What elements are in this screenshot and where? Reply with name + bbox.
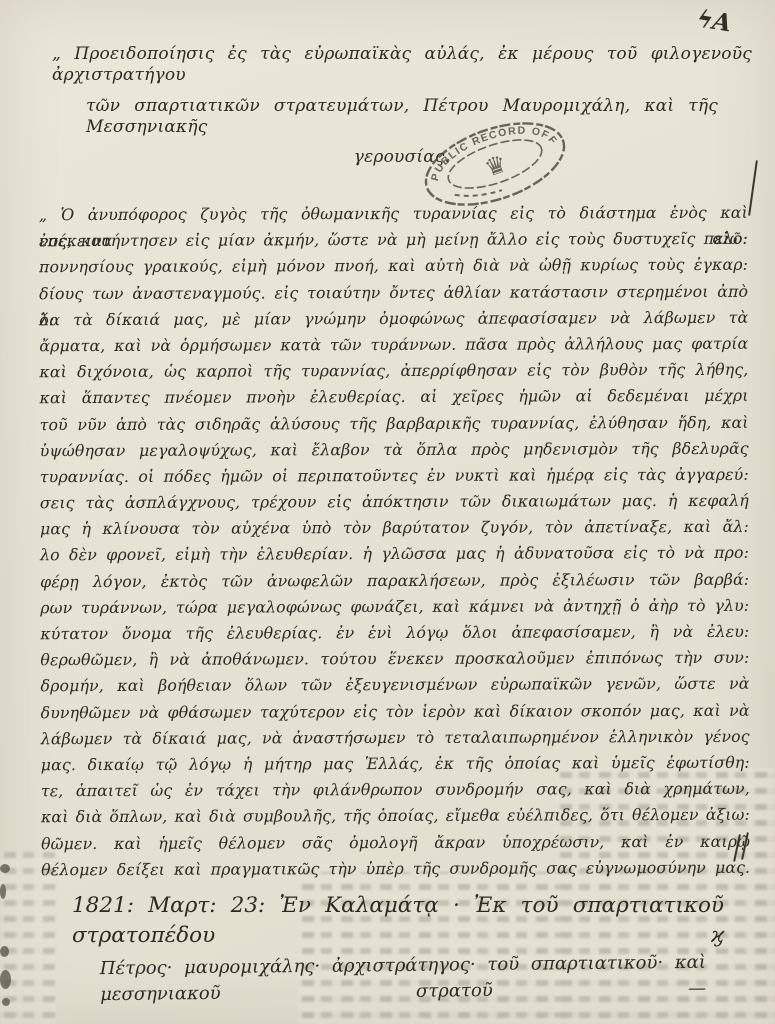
manuscript-line: λα τὰ δίκαιά μας, μὲ μίαν γνώμην ὁμοφώνω… (39, 305, 748, 334)
manuscript-line: λο δὲν φρονεῖ, εἰμὴ τὴν ἐλευθερίαν. ἡ γλ… (40, 540, 749, 569)
manuscript-line: σεις τὰς ἀσπλάγχνους, τρέχουν εἰς ἀπόκτη… (40, 488, 749, 517)
manuscript-line: τοῦ νῦν ἀπὸ τὰς σιδηρᾶς ἁλύσους τῆς βαρβ… (40, 409, 749, 438)
manuscript-line: δυνηθῶμεν νὰ φθάσωμεν ταχύτερον εἰς τὸν … (41, 697, 750, 726)
manuscript-line: τυραννίας. οἱ πόδες ἡμῶν οἱ περιπατοῦντε… (40, 462, 749, 491)
manuscript-line: θέλομεν δείξει καὶ πραγματικῶς τὴν ὑπὲρ … (41, 854, 750, 883)
manuscript-line: τε, ἀπαιτεῖ ὡς ἐν τάχει τὴν φιλάνθρωπον … (41, 776, 750, 805)
public-record-office-stamp: PUBLIC RECORD OFFICE ♛ (405, 114, 585, 214)
manuscript-line: μας. δικαίῳ τῷ λόγῳ ἡ μήτηρ μας Ἑλλάς, ἐ… (41, 750, 750, 779)
heading-line-2: τῶν σπαρτιατικῶν στρατευμάτων, Πέτρου Μα… (52, 96, 752, 138)
manuscript-line: κύτατον ὄνομα τῆς ἐλευθερίας. ἐν ἑνὶ λόγ… (40, 619, 749, 648)
ink-smudge (2, 998, 10, 1006)
ink-smudge (0, 946, 9, 957)
manuscript-line: δίους των ἀναστεναγμούς. εἰς τοιαύτην ὄν… (39, 278, 748, 307)
manuscript-line: καὶ διὰ ὅπλων, καὶ διὰ συμβουλῆς, τῆς ὁπ… (41, 802, 750, 831)
folio-mark: ϟΑ (694, 3, 733, 37)
manuscript-line: νος, κατήντησεν εἰς μίαν ἀκμήν, ὥστε νὰ … (39, 226, 748, 255)
manuscript-line: φέρῃ λόγον, ἐκτὸς τῶν ἀνωφελῶν παρακλήσε… (40, 566, 749, 595)
heading-line-1: „ Προειδοποίησις ἐς τὰς εὐρωπαϊκὰς αὐλάς… (52, 44, 752, 86)
manuscript-line: „ Ὁ ἀνυπόφορος ζυγὸς τῆς ὀθωμανικῆς τυρα… (39, 200, 748, 229)
ink-smudge (0, 970, 11, 989)
document-heading: „ Προειδοποίησις ἐς τὰς εὐρωπαϊκὰς αὐλάς… (52, 44, 752, 168)
manuscript-line: καὶ διχόνοια, ὡς καρποὶ τῆς τυραννίας, ἀ… (39, 357, 748, 386)
heading-line-3: γερουσίας. (52, 147, 752, 168)
manuscript-line: λάβωμεν τὰ δίκαιά μας, νὰ ἀναστήσωμεν τὸ… (41, 724, 750, 753)
signature-line: Πέτρος· μαυρομιχάλης· ἀρχιστράτηγος· τοῦ… (100, 950, 707, 1008)
ink-smudge (0, 884, 6, 899)
manuscript-line: ρων τυράννων, τώρα μεγαλοφώνως φωνάζει, … (40, 593, 749, 622)
manuscript-line: ἄρματα, καὶ νὰ ὁρμήσωμεν κατὰ τῶν τυράνν… (39, 331, 748, 360)
manuscript-line: θερωθῶμεν, ἢ νὰ ἀποθάνωμεν. τούτου ἕνεκε… (40, 645, 749, 674)
ink-smudge (0, 864, 10, 873)
manuscript-line: ποννησίους γραικούς, εἰμὴ μόνον πνοή, κα… (39, 252, 748, 281)
manuscript-line: ὑψώθησαν μεγαλοψύχως, καὶ ἔλαβον τὰ ὅπλα… (40, 435, 749, 464)
manuscript-body: „ Ὁ ἀνυπόφορος ζυγὸς τῆς ὀθωμανικῆς τυρα… (39, 200, 750, 883)
crown-icon: ♛ (481, 149, 510, 182)
manuscript-line: δρομήν, καὶ βοήθειαν ὅλων τῶν ἐξευγενισμ… (40, 671, 749, 700)
manuscript-line: καὶ ἅπαντες πνέομεν πνοὴν ἐλευθερίας. αἱ… (39, 383, 748, 412)
manuscript-line: μας ἡ κλίνουσα τὸν αὐχένα ὑπὸ τὸν βαρύτα… (40, 514, 749, 543)
date-line: 1821: Μαρτ: 23: Ἐν Καλαμάτᾳ · Ἐκ τοῦ σπα… (72, 891, 724, 951)
manuscript-line: θῶμεν. καὶ ἡμεῖς θέλομεν σᾶς ὁμολογῆ ἄκρ… (41, 828, 750, 857)
